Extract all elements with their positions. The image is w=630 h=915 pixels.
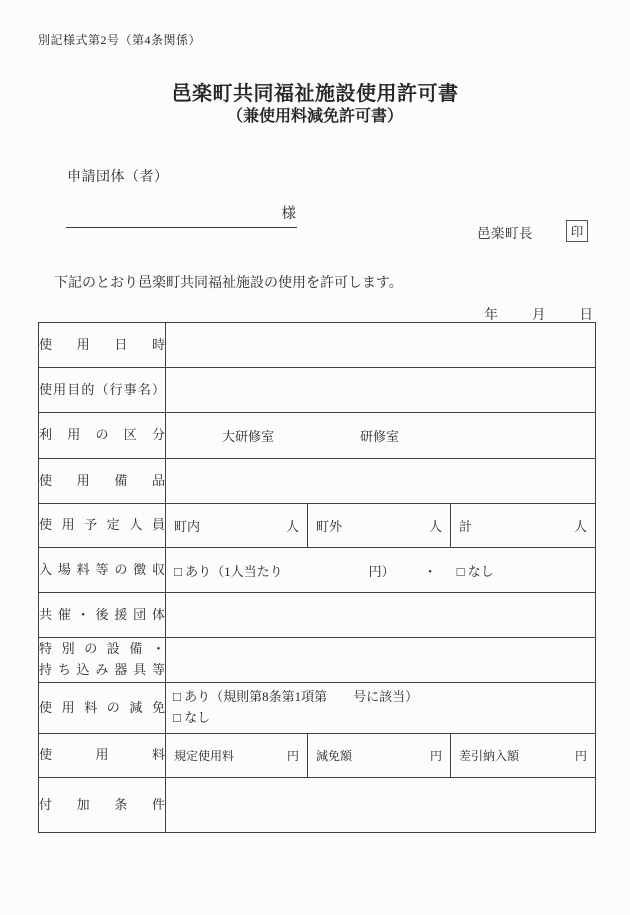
seal-box: 印 <box>566 220 588 242</box>
row-label-cosponsor: 共催・後援団体 <box>39 593 166 638</box>
fee-net-label: 差引納入額 <box>459 747 519 764</box>
fee-waived-cell: 減免額 円 <box>308 734 451 778</box>
row-label-fee-waiver: 使用料の減免 <box>39 683 166 734</box>
room-option-large-training: 大研修室 <box>222 426 274 445</box>
table-row-equipment: 使用備品 <box>39 459 596 504</box>
issue-date-line: 年 月 日 <box>485 303 594 323</box>
table-row-use-datetime: 使用日時 <box>39 323 596 368</box>
use-datetime-value-cell <box>166 323 596 368</box>
people-town-inside-label: 町内 <box>174 516 200 535</box>
people-town-inside-unit: 人 <box>286 516 299 535</box>
fee-waived-unit-yen: 円 <box>430 747 442 764</box>
table-row-division: 利用の区分 大研修室 研修室 <box>39 413 596 459</box>
date-unit-year: 年 <box>485 303 499 323</box>
waiver-no-line: □ なし <box>173 708 595 729</box>
equipment-value-cell <box>166 459 596 504</box>
row-label-use-datetime: 使用日時 <box>39 323 166 368</box>
mayor-title: 邑楽町長 <box>477 222 533 242</box>
row-label-admission: 入場料等の徴収 <box>39 548 166 593</box>
table-row-purpose: 使用目的（行事名） <box>39 368 596 413</box>
table-row-additional-conditions: 付加条件 <box>39 778 596 833</box>
row-label-special-equipment: 特別の設備・ 持ち込み器具等 <box>39 638 166 683</box>
people-town-outside-label: 町外 <box>316 516 342 535</box>
row-label-additional-conditions: 付加条件 <box>39 778 166 833</box>
row-label-people: 使用予定人員 <box>39 504 166 548</box>
special-equipment-value-cell <box>166 638 596 683</box>
document-subtitle: （兼使用料減免許可書） <box>0 103 630 126</box>
admission-no-option: □ なし <box>457 561 494 580</box>
date-unit-day: 日 <box>580 303 594 323</box>
applicant-label: 申請団体（者） <box>67 166 169 186</box>
honorific-sama: 様 <box>282 206 297 222</box>
table-row-admission: 入場料等の徴収 □ あり（1人当たり 円） ・ □ なし <box>39 548 596 593</box>
table-row-special-equipment: 特別の設備・ 持ち込み器具等 <box>39 638 596 683</box>
fee-regular-label: 規定使用料 <box>174 747 234 764</box>
people-town-outside-cell: 町外 人 <box>308 504 451 548</box>
admission-value-cell: □ あり（1人当たり 円） ・ □ なし <box>166 548 596 593</box>
waiver-yes-line: □ あり（規則第8条第1項第 号に該当） <box>173 687 595 708</box>
admission-yen-suffix: 円） <box>369 561 395 580</box>
admission-yes-option: □ あり（1人当たり <box>174 561 283 580</box>
fee-waiver-value-cell: □ あり（規則第8条第1項第 号に該当） □ なし <box>166 683 596 734</box>
fee-regular-unit-yen: 円 <box>287 747 299 764</box>
seal-mark: 印 <box>571 222 584 240</box>
row-label-equipment: 使用備品 <box>39 459 166 504</box>
purpose-value-cell <box>166 368 596 413</box>
date-unit-month: 月 <box>532 303 546 323</box>
permission-statement: 下記のとおり邑楽町共同福祉施設の使用を許可します。 <box>54 272 403 292</box>
row-label-purpose: 使用目的（行事名） <box>39 368 166 413</box>
people-total-label: 計 <box>459 516 472 535</box>
table-row-people: 使用予定人員 町内 人 町外 人 計 人 <box>39 504 596 548</box>
fee-regular-cell: 規定使用料 円 <box>166 734 308 778</box>
fee-net-unit-yen: 円 <box>575 747 587 764</box>
form-number-note: 別記様式第2号（第4条関係） <box>38 31 201 48</box>
fee-net-cell: 差引納入額 円 <box>451 734 596 778</box>
applicant-name-line: 様 <box>66 201 297 228</box>
permit-table: 使用日時 使用目的（行事名） 利用の区分 大研修室 研修室 使用備品 使用予定人… <box>38 322 596 833</box>
table-row-cosponsor: 共催・後援団体 <box>39 593 596 638</box>
table-row-fee-waiver: 使用料の減免 □ あり（規則第8条第1項第 号に該当） □ なし <box>39 683 596 734</box>
table-row-usage-fee: 使用料 規定使用料 円 減免額 円 差引納入額 円 <box>39 734 596 778</box>
division-value-cell: 大研修室 研修室 <box>166 413 596 459</box>
document-title: 邑楽町共同福祉施設使用許可書 <box>0 77 630 106</box>
row-label-usage-fee: 使用料 <box>39 734 166 778</box>
additional-conditions-value-cell <box>166 778 596 833</box>
room-option-training: 研修室 <box>360 426 399 445</box>
permit-document-page: 別記様式第2号（第4条関係） 邑楽町共同福祉施設使用許可書 （兼使用料減免許可書… <box>0 0 630 915</box>
people-total-unit: 人 <box>574 516 587 535</box>
people-town-outside-unit: 人 <box>429 516 442 535</box>
row-label-division: 利用の区分 <box>39 413 166 459</box>
people-town-inside-cell: 町内 人 <box>166 504 308 548</box>
fee-waived-label: 減免額 <box>316 747 352 764</box>
cosponsor-value-cell <box>166 593 596 638</box>
admission-separator-dot: ・ <box>424 561 437 580</box>
people-total-cell: 計 人 <box>451 504 596 548</box>
